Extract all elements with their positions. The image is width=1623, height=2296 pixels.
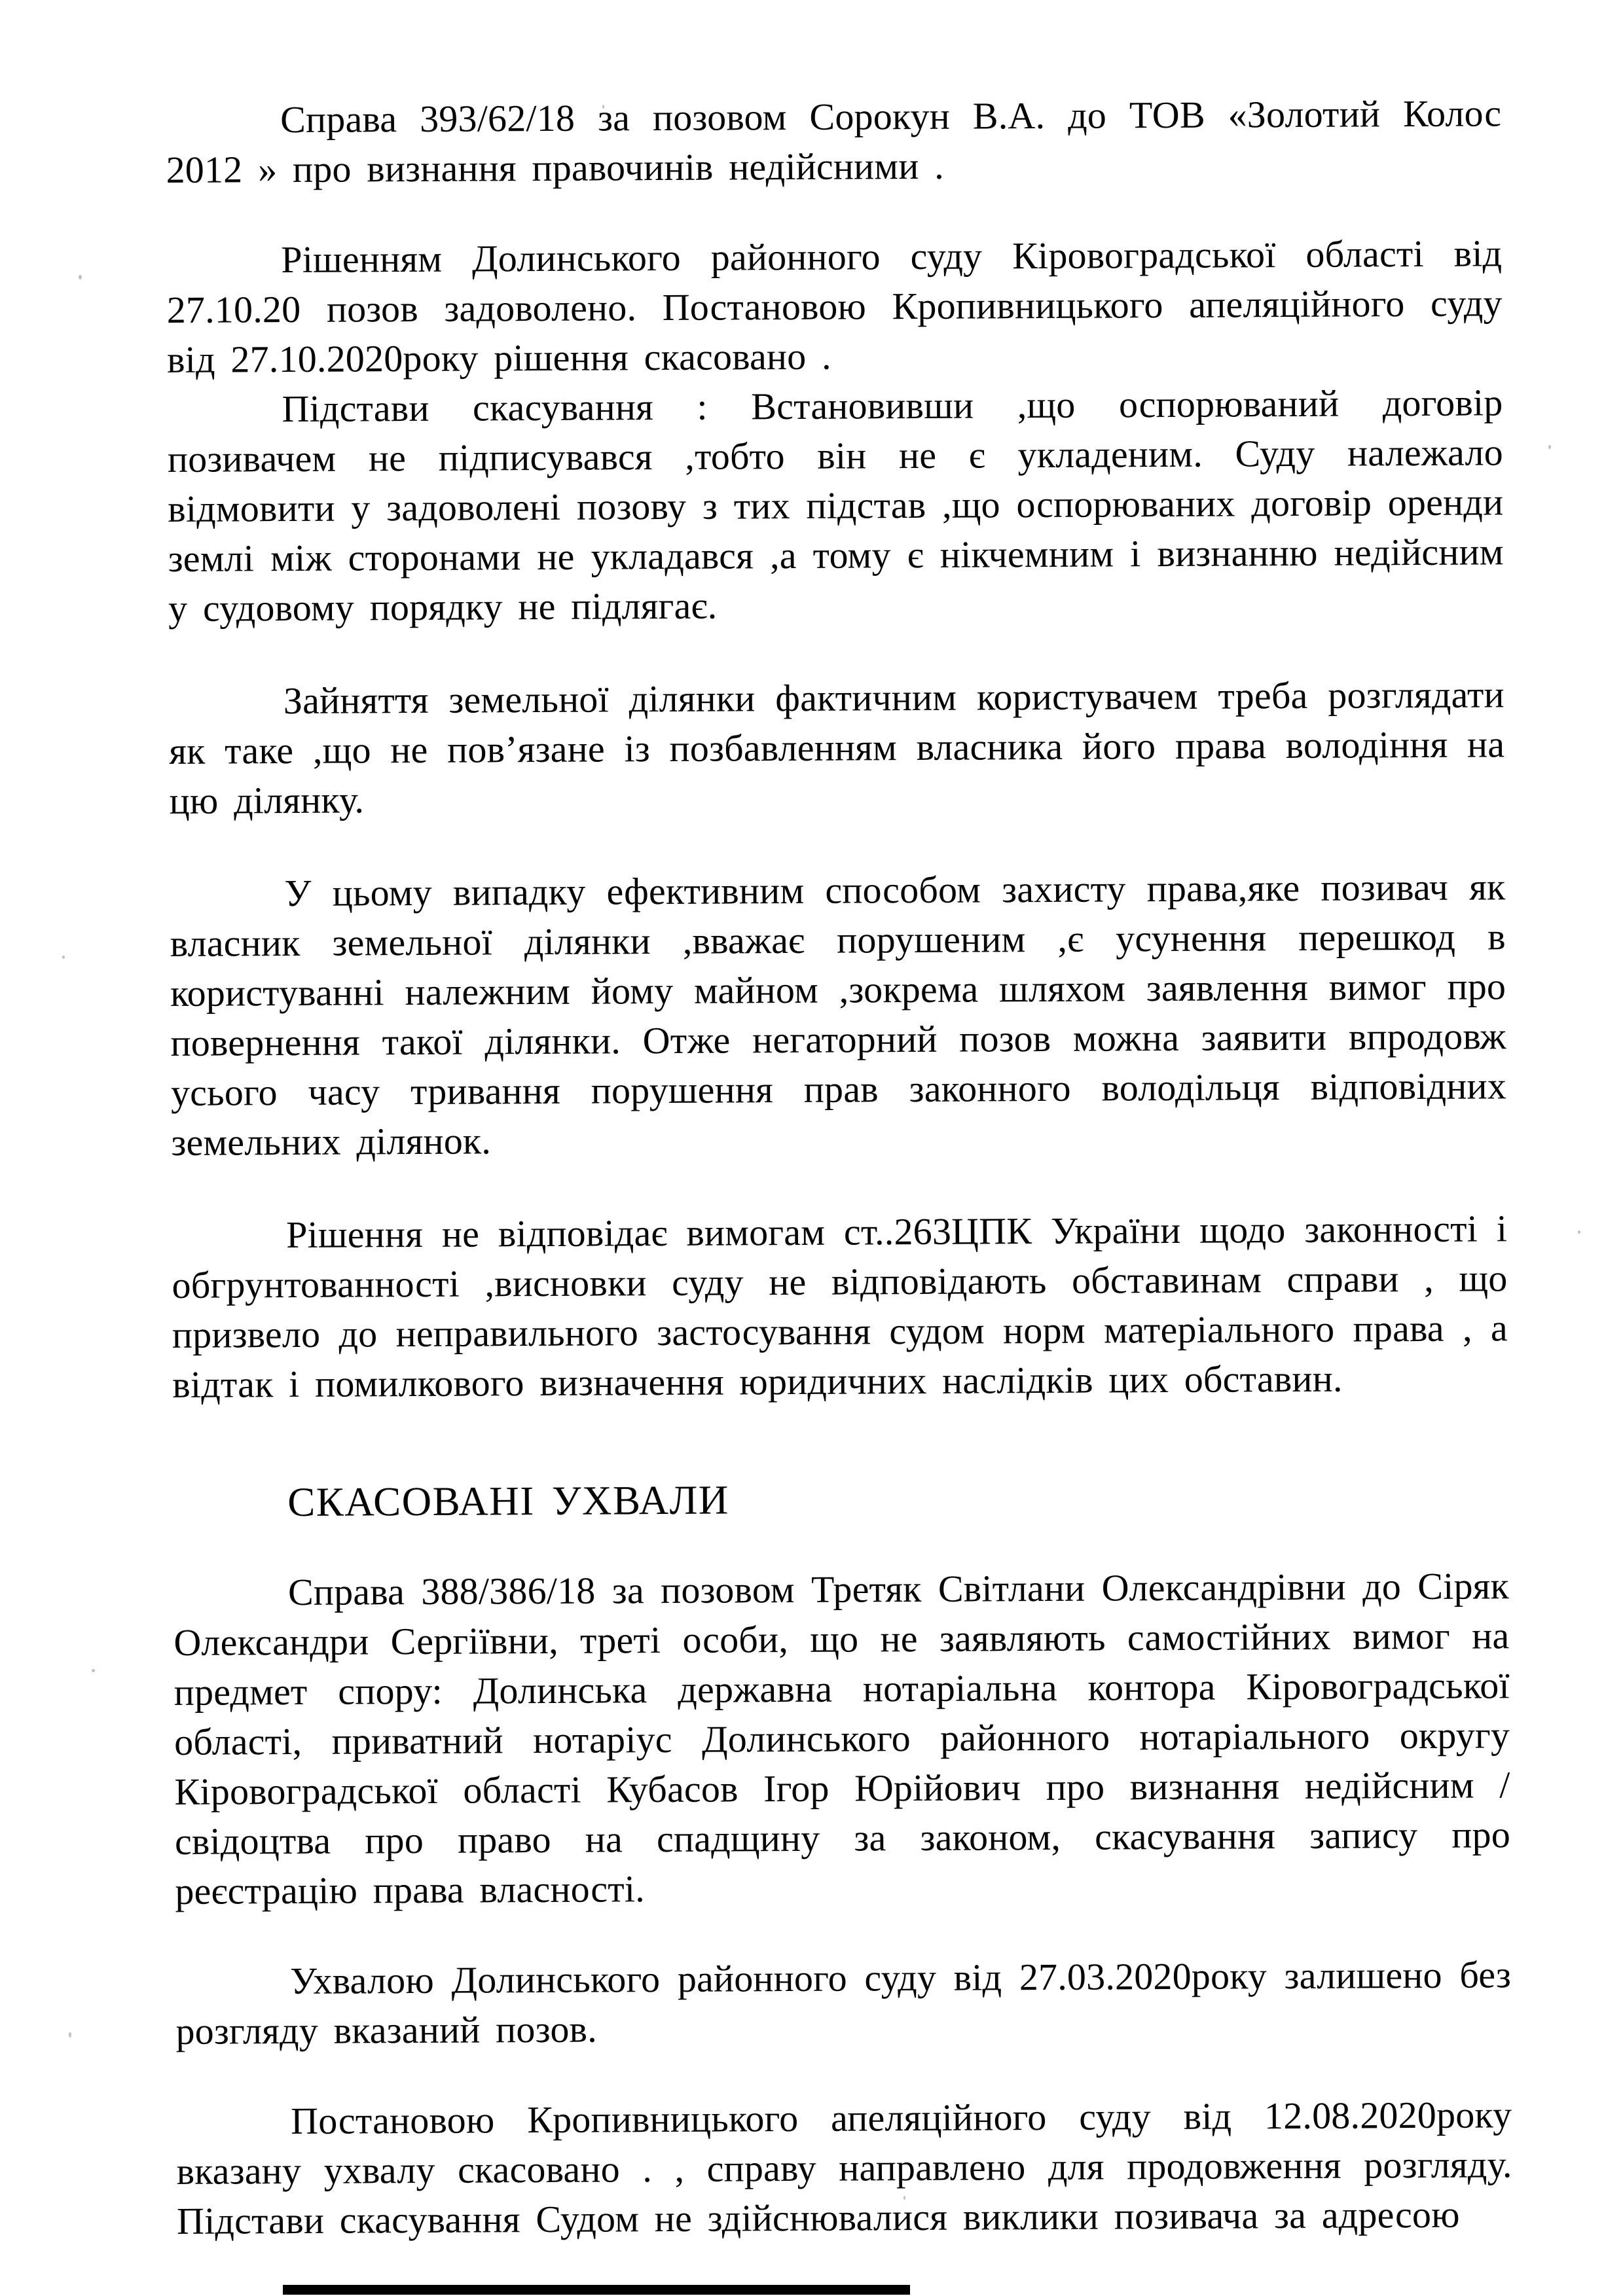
scanned-document-page: Справа 393/62/18 за позовом Сорокун В.А.…: [0, 0, 1623, 2296]
scan-speckle: [903, 2196, 905, 2200]
scan-speckle: [92, 1669, 95, 1672]
scan-speckle: [602, 105, 604, 109]
paragraph-ruling-12-08-2020: Постановою Кропивницького апеляційного с…: [176, 2090, 1512, 2246]
paragraph-effective-remedy: У цьому випадку ефективним способом захи…: [170, 862, 1506, 1168]
document-text-block: Справа 393/62/18 за позовом Сорокун В.А.…: [166, 88, 1512, 2246]
paragraph-case-388-386-18: Справа 388/386/18 за позовом Третяк Світ…: [173, 1561, 1511, 1916]
scan-speckle: [62, 956, 65, 959]
paragraph-land-occupation: Зайняття земельної ділянки фактичним кор…: [169, 670, 1505, 826]
section-heading-cancelled-rulings: СКАСОВАНІ УХВАЛИ: [173, 1471, 1508, 1528]
scan-speckle: [1548, 445, 1551, 449]
scan-speckle: [69, 2032, 71, 2037]
scan-speckle: [1578, 1230, 1580, 1234]
paragraph-cancellation-grounds: Підстави скасування : Встановивши ,що ос…: [167, 378, 1504, 634]
paragraph-ruling-27-10-20: Рішенням Долинського районного суду Кіро…: [166, 228, 1503, 385]
paragraph-decision-noncompliance: Рішення не відповідає вимогам ст..263ЦПК…: [172, 1204, 1508, 1410]
paragraph-ruling-27-03-2020: Ухвалою Долинського районного суду від 2…: [175, 1950, 1512, 2056]
scan-artifact-bar: [283, 2285, 910, 2295]
scan-speckle: [79, 275, 82, 279]
paragraph-case-393-62-18: Справа 393/62/18 за позовом Сорокун В.А.…: [166, 88, 1502, 195]
